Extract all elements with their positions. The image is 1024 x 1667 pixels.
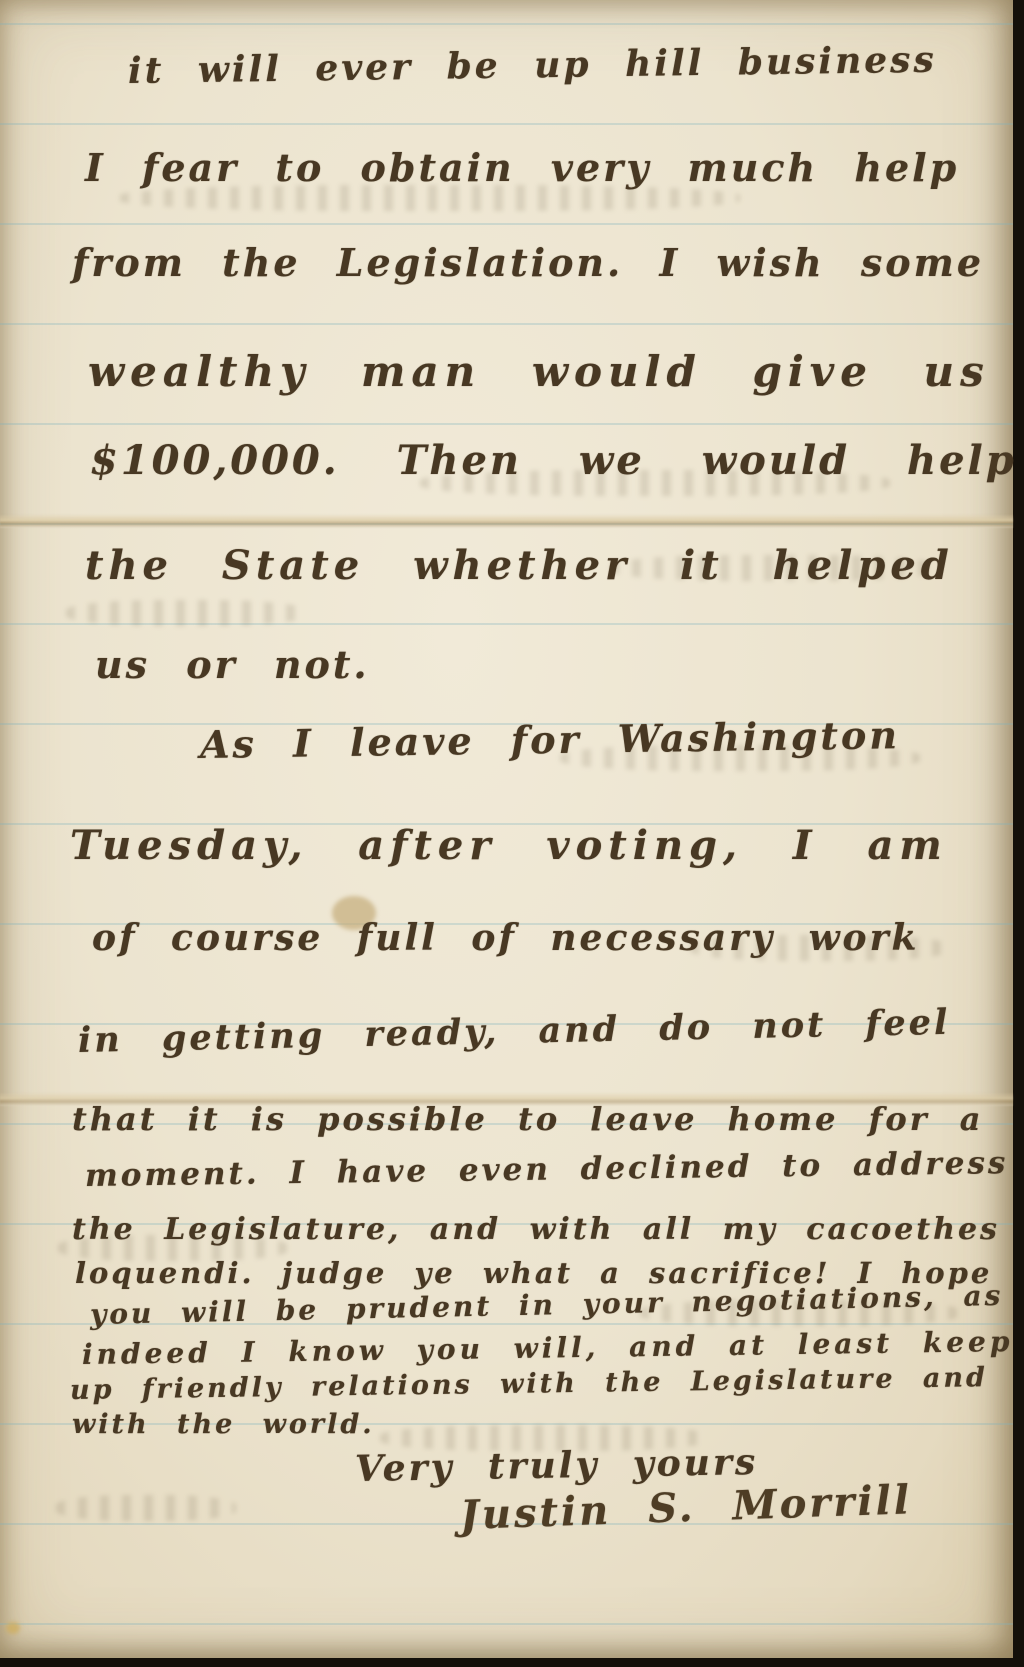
show-through-mark — [66, 600, 306, 626]
letter-line: wealthy man would give us — [88, 347, 990, 396]
letter-line: the State whether it helped — [85, 542, 954, 589]
show-through-mark — [56, 1495, 236, 1521]
letter-line: from the Legislation. I wish some — [72, 240, 984, 285]
letter-page: it will ever be up hill business I fear … — [0, 0, 1013, 1658]
letter-line: us or not. — [95, 642, 370, 687]
fold-crease-top — [0, 514, 1013, 528]
paper-stain — [6, 1622, 20, 1634]
letter-line: Tuesday, after voting, I am — [70, 822, 948, 869]
letter-line: of course full of necessary work — [92, 917, 919, 959]
letter-line: with the world. — [72, 1409, 375, 1440]
letter-closing: Very truly yours — [355, 1441, 759, 1490]
letter-line: the Legislature, and with all my cacoeth… — [72, 1212, 1000, 1247]
letter-line: I fear to obtain very much help — [85, 145, 959, 190]
letter-line: $100,000. Then we would help — [90, 437, 1017, 484]
letter-line: that it is possible to leave home for a — [72, 1100, 983, 1138]
